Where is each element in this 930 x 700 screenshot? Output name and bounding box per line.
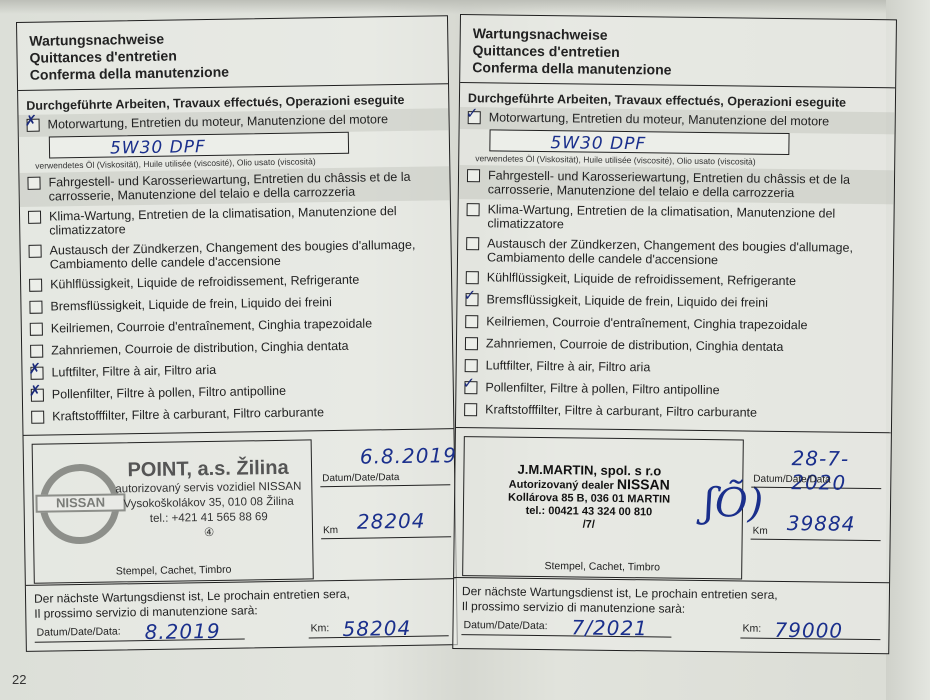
- checklist-item: Austausch der Zündkerzen, Changement des…: [458, 233, 893, 272]
- checkbox-icon[interactable]: [466, 271, 479, 284]
- header-it: Conferma della manutenzione: [472, 59, 883, 81]
- checkbox-icon[interactable]: [29, 279, 42, 292]
- next-date-value: 8.2019: [144, 624, 220, 640]
- checklist-item-label: Luftfilter, Filtre à air, Filtro aria: [486, 358, 651, 374]
- checklist-item-label: Pollenfilter, Filtre à pollen, Filtro an…: [485, 380, 719, 397]
- check-mark-icon: ✗: [29, 384, 42, 399]
- dealer-stamp: J.M.MARTIN, spol. s r.o Autorizovaný dea…: [462, 436, 744, 579]
- date-field: 28-7-2020 Datum/Date/Data: [751, 452, 881, 490]
- checklist-item-label: Kühlflüssigkeit, Liquide de refroidissem…: [50, 273, 359, 292]
- next-km-value: 79000: [774, 623, 843, 639]
- checklist-item: Fahrgestell- und Karosseriewartung, Entr…: [459, 165, 894, 204]
- stamp-text: J.M.MARTIN, spol. s r.o Autorizovaný dea…: [484, 461, 695, 533]
- checklist-item-label: Fahrgestell- und Karosseriewartung, Entr…: [488, 168, 886, 201]
- next-date-field: Datum/Date/Data: 8.2019: [34, 619, 244, 642]
- stamp-section: NISSAN POINT, a.s. Žilina autorizovaný s…: [23, 428, 455, 585]
- next-service-fields: Datum/Date/Data: 7/2021 Km: 79000: [461, 615, 880, 640]
- km-field: Km 28204: [321, 501, 452, 539]
- checkbox-icon[interactable]: [30, 345, 43, 358]
- checkbox-icon[interactable]: [27, 177, 40, 190]
- checklist-item-label: Kraftstofffilter, Filtre à carburant, Fi…: [52, 405, 324, 423]
- checklist: ✓Motorwartung, Entretien du moteur, Manu…: [456, 107, 895, 426]
- next-date-label: Datum/Date/Data:: [463, 618, 547, 634]
- oil-field[interactable]: 5W30 DPF: [49, 132, 349, 159]
- next-km-field: Km: 79000: [740, 618, 880, 640]
- checkbox-checked-icon[interactable]: ✗: [30, 367, 43, 380]
- checkbox-icon[interactable]: [30, 323, 43, 336]
- date-label: Datum/Date/Data: [753, 474, 830, 486]
- check-mark-icon: ✗: [28, 362, 41, 377]
- maintenance-record-2: Wartungsnachweise Quittances d'entretien…: [452, 14, 897, 654]
- next-date-value: 7/2021: [571, 620, 648, 636]
- checklist-item-label: Austausch der Zündkerzen, Changement des…: [49, 237, 442, 271]
- next-km-field: Km: 58204: [308, 616, 448, 638]
- service-fields: 6.8.2019 Datum/Date/Data Km 28204: [320, 449, 452, 555]
- km-value: 39884: [787, 511, 856, 536]
- checklist: ✗Motorwartung, Entretien du moteur, Manu…: [18, 108, 453, 429]
- checklist-item-label: Motorwartung, Entretien du moteur, Manut…: [48, 112, 389, 131]
- checklist-item-label: Klima-Wartung, Entretien de la climatisa…: [49, 203, 442, 237]
- oil-value: 5W30 DPF: [110, 137, 206, 159]
- next-km-label: Km:: [742, 621, 761, 636]
- next-service: Der nächste Wartungsdienst ist, Le proch…: [26, 578, 457, 651]
- next-service: Der nächste Wartungsdienst ist, Le proch…: [453, 577, 889, 648]
- checkbox-icon[interactable]: [464, 403, 477, 416]
- checkbox-checked-icon[interactable]: ✓: [468, 111, 481, 124]
- stamp-caption: Stempel, Cachet, Timbro: [35, 562, 313, 578]
- date-field: 6.8.2019 Datum/Date/Data: [320, 449, 451, 487]
- checklist-item-label: Austausch der Zündkerzen, Changement des…: [487, 236, 885, 269]
- date-label: Datum/Date/Data: [322, 472, 399, 484]
- km-value: 28204: [357, 509, 426, 534]
- oil-value: 5W30 DPF: [550, 133, 646, 154]
- checklist-item-label: Motorwartung, Entretien du moteur, Manut…: [489, 110, 830, 128]
- km-field: Km 39884: [751, 504, 881, 542]
- next-km-label: Km:: [310, 621, 329, 636]
- km-label: Km: [753, 526, 768, 537]
- dealer-brand: NISSAN: [617, 476, 670, 493]
- check-mark-icon: ✓: [463, 288, 476, 303]
- dealer-stamp: NISSAN POINT, a.s. Žilina autorizovaný s…: [32, 439, 314, 583]
- checkbox-icon[interactable]: [465, 337, 478, 350]
- oil-field[interactable]: 5W30 DPF: [489, 129, 789, 155]
- maintenance-record-1: Wartungsnachweise Quittances d'entretien…: [16, 15, 458, 652]
- checklist-item-label: Kühlflüssigkeit, Liquide de refroidissem…: [487, 270, 796, 288]
- booklet-page: Wartungsnachweise Quittances d'entretien…: [0, 0, 930, 700]
- checkbox-icon[interactable]: [29, 245, 42, 258]
- checkbox-icon[interactable]: [31, 411, 44, 424]
- dealer-address: Kollárova 85 B, 036 01 MARTIN: [484, 491, 694, 507]
- checklist-item-label: Keilriemen, Courroie d'entraînement, Cin…: [486, 314, 807, 332]
- checklist-item-label: Zahnriemen, Courroie de distribution, Ci…: [51, 339, 349, 358]
- checklist-item-label: Luftfilter, Filtre à air, Filtro aria: [51, 363, 216, 380]
- checklist-item-label: Kraftstofffilter, Filtre à carburant, Fi…: [485, 402, 757, 419]
- stamp-caption: Stempel, Cachet, Timbro: [463, 559, 741, 574]
- stamp-section: J.M.MARTIN, spol. s r.o Autorizovaný dea…: [454, 427, 891, 582]
- checklist-item: Kraftstofffilter, Filtre à carburant, Fi…: [456, 399, 891, 426]
- next-km-value: 58204: [342, 621, 411, 637]
- checklist-item-label: Fahrgestell- und Karosseriewartung, Entr…: [48, 169, 441, 203]
- km-label: Km: [323, 525, 338, 536]
- checklist-item: Klima-Wartung, Entretien de la climatisa…: [458, 199, 893, 238]
- checkbox-icon[interactable]: [465, 359, 478, 372]
- next-date-field: Datum/Date/Data: 7/2021: [461, 615, 671, 638]
- checkbox-icon[interactable]: [467, 203, 480, 216]
- checklist-item-label: Klima-Wartung, Entretien de la climatisa…: [487, 202, 885, 235]
- page-shadow: [0, 0, 930, 14]
- checkbox-icon[interactable]: [28, 211, 41, 224]
- checkbox-checked-icon[interactable]: ✓: [464, 381, 477, 394]
- check-mark-icon: ✓: [466, 106, 479, 121]
- checkbox-icon[interactable]: [465, 315, 478, 328]
- stamp-number: /7/: [484, 517, 694, 533]
- checklist-item-label: Bremsflüssigkeit, Liquide de frein, Liqu…: [486, 292, 768, 309]
- dealer-line: Autorizovaný dealer: [509, 479, 614, 492]
- checklist-item-label: Pollenfilter, Filtre à pollen, Filtro an…: [52, 384, 286, 402]
- form-header: Wartungsnachweise Quittances d'entretien…: [17, 16, 448, 91]
- stamp-text: POINT, a.s. Žilina autorizovaný servis v…: [103, 456, 314, 542]
- checklist-item-label: Keilriemen, Courroie d'entraînement, Cin…: [51, 316, 373, 335]
- checkbox-icon[interactable]: [466, 237, 479, 250]
- checklist-item-label: Zahnriemen, Courroie de distribution, Ci…: [486, 336, 784, 354]
- next-date-label: Datum/Date/Data:: [36, 624, 120, 640]
- stamp-number: ④: [104, 524, 314, 542]
- checkbox-checked-icon[interactable]: ✗: [31, 389, 44, 402]
- dealer-name: POINT, a.s. Žilina: [103, 456, 313, 482]
- check-mark-icon: ✗: [24, 114, 37, 129]
- service-fields: 28-7-2020 Datum/Date/Data Km 39884: [750, 452, 881, 558]
- checkbox-checked-icon[interactable]: ✗: [27, 119, 40, 132]
- page-number: 22: [12, 672, 26, 687]
- check-mark-icon: ✓: [462, 376, 475, 391]
- checklist-item-label: Bremsflüssigkeit, Liquide de frein, Liqu…: [50, 295, 332, 313]
- form-header: Wartungsnachweise Quittances d'entretien…: [460, 15, 896, 88]
- checkbox-icon[interactable]: [467, 169, 480, 182]
- checkbox-icon[interactable]: [29, 301, 42, 314]
- checkbox-checked-icon[interactable]: ✓: [465, 293, 478, 306]
